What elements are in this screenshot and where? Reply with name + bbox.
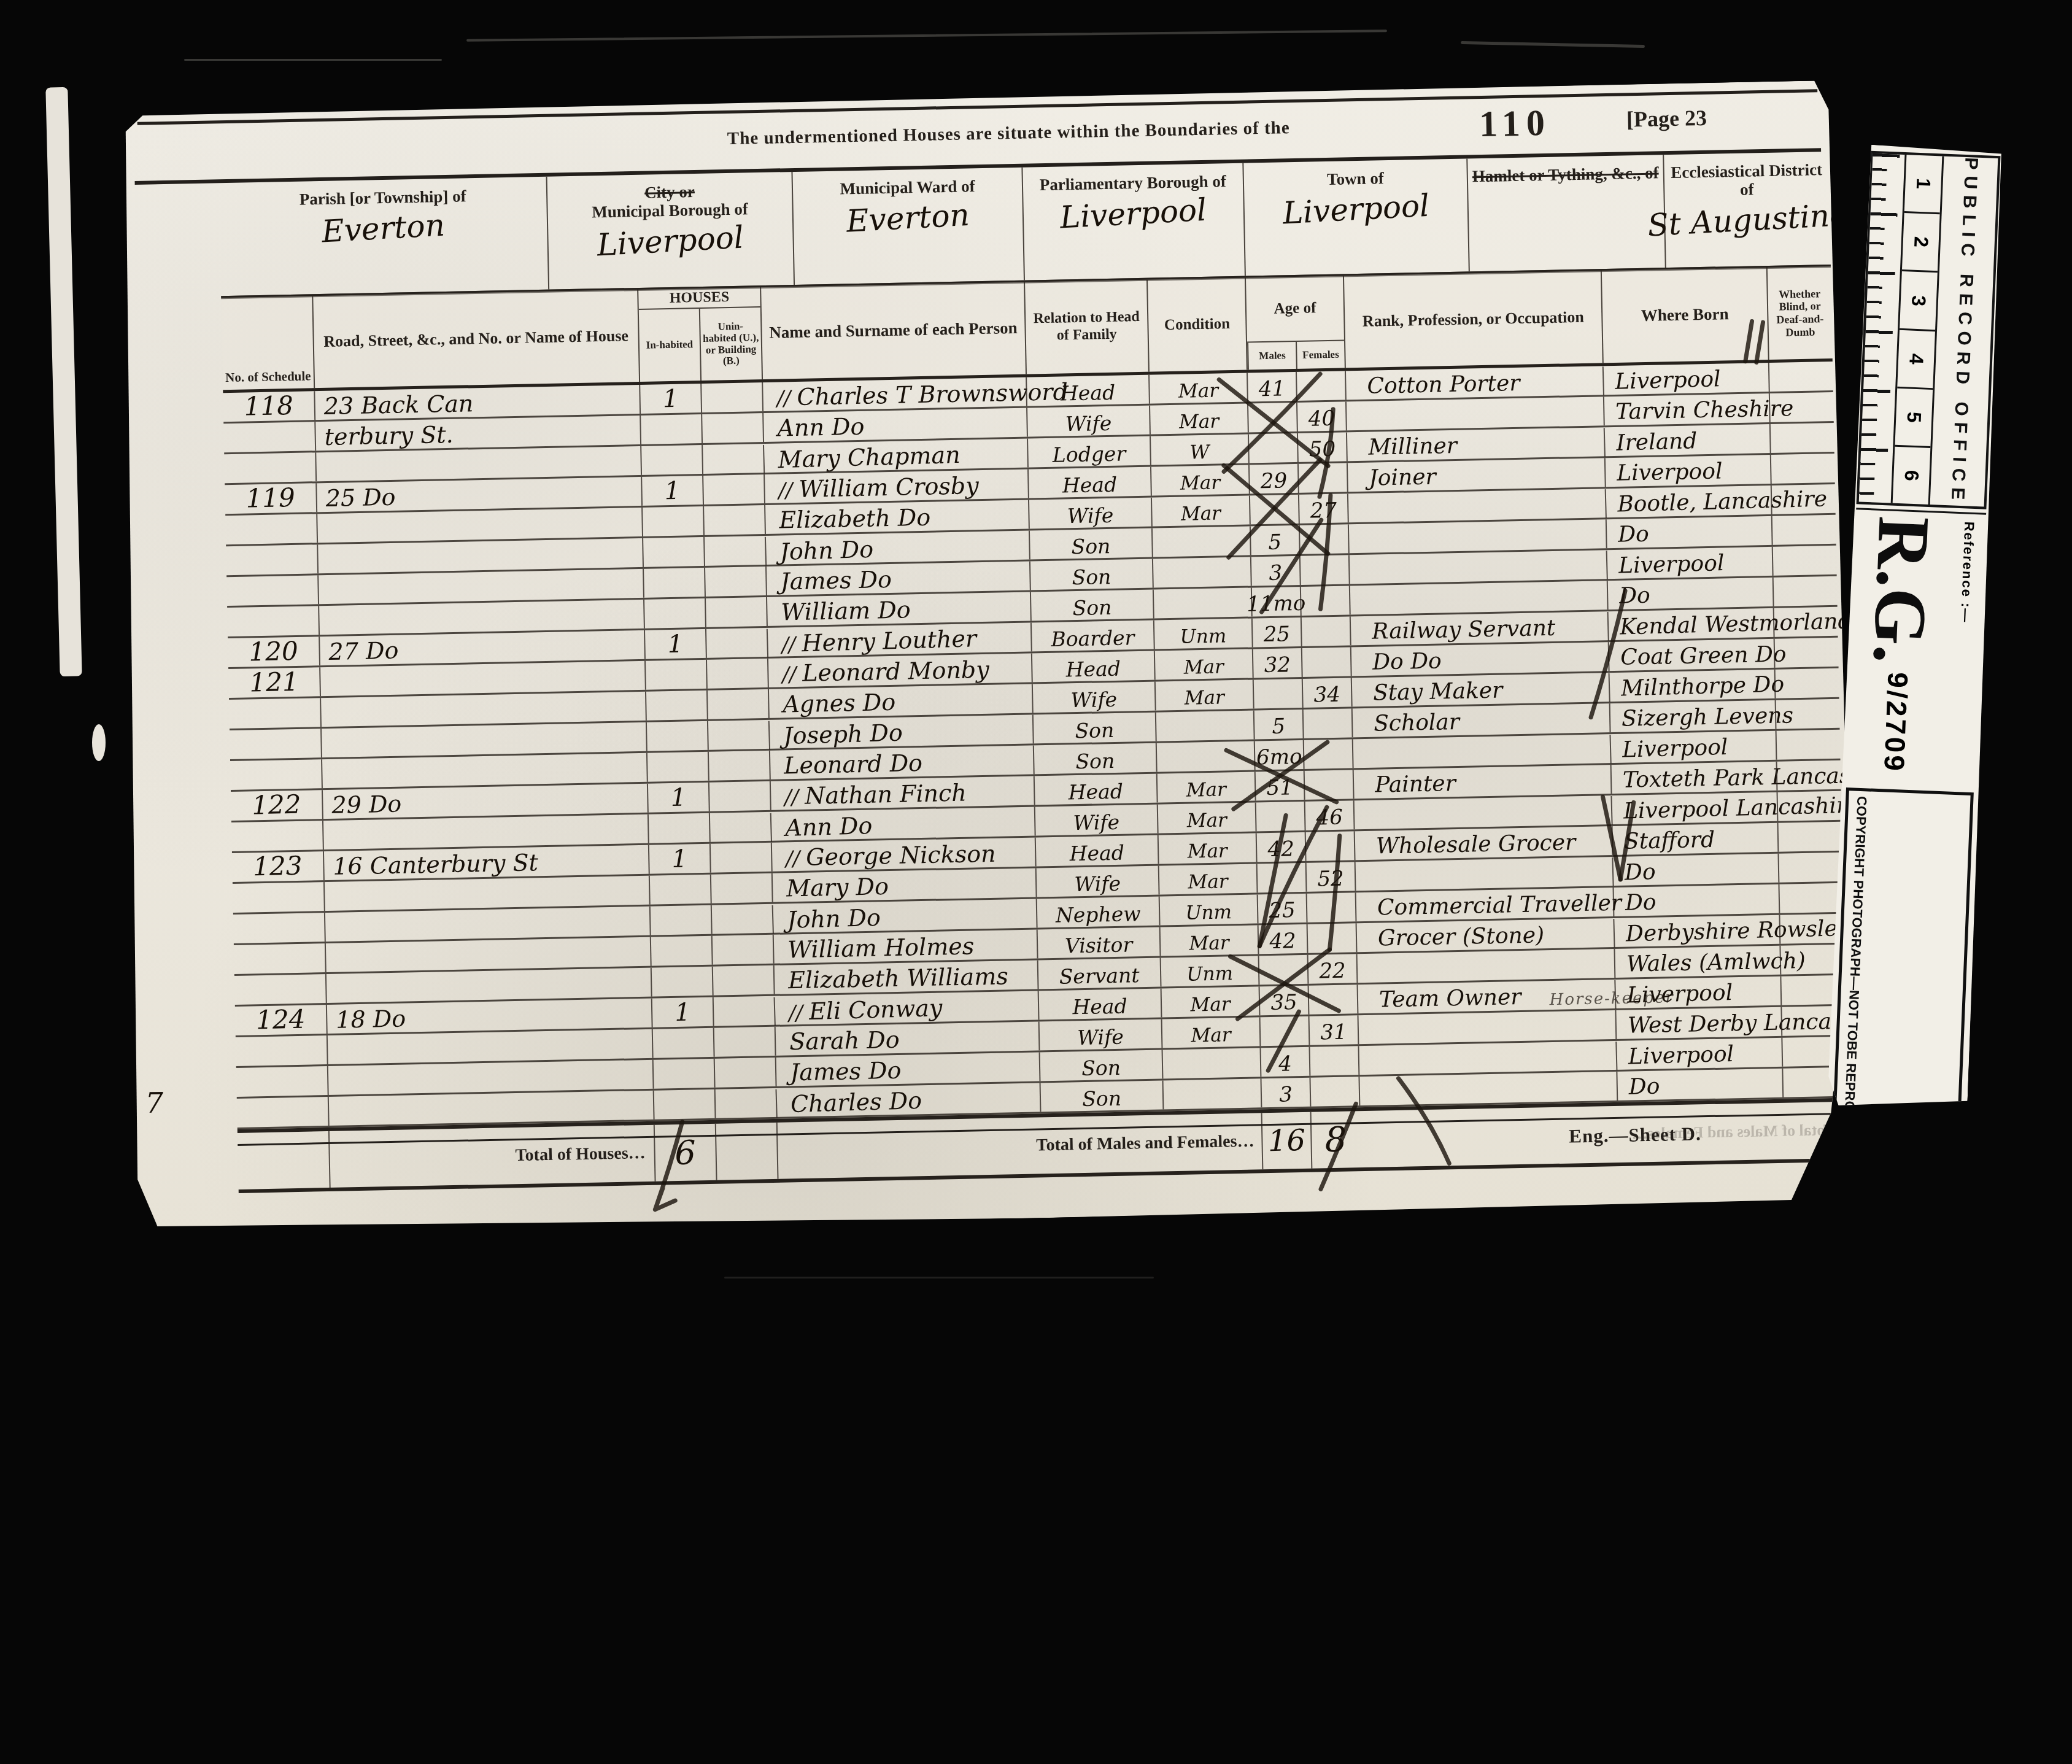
col-header-name: Name and Surname of each Person [760, 282, 1026, 379]
cell-ageF [1305, 831, 1355, 861]
cell-relation: Wife [1026, 406, 1150, 437]
cell-born: Liverpool [1606, 546, 1772, 579]
cell-ageM [1256, 863, 1306, 893]
copyright-line: BE REPRODUCED PHOTOGRAPHIC- [1832, 1040, 1958, 1282]
col-header-age-group: Age of Males Females [1245, 276, 1345, 369]
film-scratch [466, 29, 1387, 42]
ruled-line [137, 89, 1818, 125]
cell-ageM: 4 [1260, 1047, 1310, 1077]
cell-occupation [1348, 550, 1607, 584]
cell-street [322, 814, 648, 849]
cell-inh [651, 967, 713, 997]
cell-ageM: 41 [1247, 372, 1296, 402]
cell-born: Tarvin Cheshire [1603, 393, 1769, 425]
cell-name: Sarah Do [775, 1021, 1039, 1055]
district-value: Everton [321, 207, 446, 250]
cell-occupation [1357, 1010, 1615, 1044]
cell-occupation: Painter [1353, 765, 1611, 799]
cell-name: Ann Do [770, 806, 1035, 842]
cell-born: Liverpool [1602, 362, 1769, 395]
cell-blind [1776, 730, 1841, 760]
cell-ageM: 25 [1257, 894, 1307, 924]
district-box: Hamlet or Tything, &c., of [1466, 155, 1665, 271]
cell-occupation [1356, 949, 1615, 983]
cell-name: John Do [765, 530, 1029, 566]
cell-schedule [225, 514, 317, 544]
cell-condition [1162, 1048, 1261, 1078]
cell-blind [1777, 853, 1842, 883]
district-box: Municipal Ward ofEverton [791, 168, 1024, 285]
cell-name: ∕∕Nathan Finch [770, 776, 1034, 810]
cell-occupation: Do Do [1350, 642, 1609, 676]
cell-ageM: 3 [1250, 556, 1300, 586]
cell-name: William Holmes [773, 929, 1037, 963]
cell-ageF [1301, 647, 1351, 677]
cell-street [317, 569, 643, 604]
cell-uninh [709, 812, 771, 842]
district-value: Liverpool [1281, 188, 1430, 231]
cell-relation: Son [1029, 559, 1153, 590]
cell-occupation [1355, 857, 1613, 891]
scanned-census-page: { "page": { "statement": "The undermenti… [0, 0, 2072, 1316]
cell-occupation: Scholar [1351, 703, 1610, 737]
cell-relation: Son [1039, 1050, 1162, 1081]
cell-street [316, 508, 642, 543]
household-mark: ∕∕ [786, 848, 800, 869]
cell-ageF [1297, 463, 1347, 493]
cell-condition [1153, 588, 1251, 619]
household-mark: ∕∕ [782, 664, 797, 685]
cell-uninh [710, 873, 772, 903]
cell-occupation [1345, 397, 1604, 430]
cell-ageM [1255, 802, 1305, 832]
film-scratch [724, 1277, 1154, 1279]
census-sheet: The undermentioned Houses are situate wi… [115, 80, 1855, 1236]
district-value: Liverpool [597, 220, 745, 263]
cell-uninh [702, 444, 763, 474]
cell-uninh [704, 567, 766, 597]
cell-inh: 1 [647, 783, 709, 813]
cell-inh [652, 1059, 714, 1089]
cell-uninh [714, 1088, 776, 1118]
cell-schedule [227, 606, 319, 636]
cell-relation: Head [1035, 835, 1158, 867]
cell-blind [1774, 638, 1839, 668]
cell-uninh [705, 597, 767, 627]
cell-street [321, 753, 647, 788]
cell-schedule: 123 [232, 851, 323, 882]
cell-street [315, 446, 641, 481]
cell-blind [1776, 760, 1841, 791]
household-mark: ∕∕ [776, 388, 791, 409]
district-label: Town of [1327, 169, 1384, 188]
cell-inh [643, 568, 705, 598]
cell-ageM [1258, 955, 1308, 985]
cell-condition: Mar [1161, 1017, 1260, 1048]
cell-relation: Head [1026, 375, 1149, 406]
cell-uninh [711, 904, 773, 934]
cell-condition [1155, 710, 1254, 741]
cell-inh [650, 936, 712, 966]
cell-inh: 1 [651, 997, 713, 1027]
cell-street: 27 Do [319, 630, 644, 665]
household-mark: ∕∕ [778, 480, 793, 501]
cell-blind [1770, 454, 1835, 484]
cell-ageM [1259, 1016, 1309, 1046]
cell-ageM: 25 [1251, 617, 1301, 648]
cell-inh [652, 1028, 714, 1058]
cell-inh: 1 [644, 629, 706, 659]
boundary-statement: The undermentioned Houses are situate wi… [692, 117, 1324, 150]
cell-street: 16 Canterbury St [323, 845, 649, 880]
district-label: Parliamentary Borough of [1040, 172, 1227, 194]
cell-name: ∕∕George Nickson [771, 837, 1035, 871]
cell-inh [649, 905, 711, 935]
cell-relation: Son [1040, 1080, 1163, 1112]
cell-name: ∕∕Charles T Brownsword [762, 377, 1026, 411]
cell-name: Agnes Do [768, 684, 1032, 718]
cell-born: Liverpool [1614, 976, 1780, 1009]
cell-schedule [231, 821, 323, 851]
cell-inh: 1 [641, 476, 703, 506]
census-table: No. of Schedule Road, Street, &c., and N… [221, 265, 1848, 1193]
cell-relation: Wife [1038, 1019, 1162, 1051]
col-header-males: Males [1247, 342, 1296, 370]
cell-ageM: 5 [1253, 710, 1303, 740]
district-label: Hamlet or Tything, &c., of [1472, 163, 1659, 185]
page-number-label: [Page 23 [1626, 105, 1707, 133]
cell-schedule [229, 698, 320, 729]
cell-born: Liverpool [1604, 455, 1771, 487]
cell-born: Liverpool Lancashire [1610, 792, 1777, 825]
cell-occupation [1347, 489, 1606, 522]
cell-ageF: 31 [1309, 1015, 1358, 1045]
cell-born: Bootle, Lancashire [1605, 485, 1771, 518]
cell-uninh [700, 382, 762, 412]
cell-name: William Do [766, 592, 1030, 626]
cell-name: ∕∕Henry Louther [767, 622, 1031, 658]
cell-born: Do [1607, 578, 1773, 609]
cell-born: Sizergh Levens [1609, 700, 1776, 732]
cell-name: Joseph Do [768, 714, 1033, 750]
cell-inh [643, 598, 705, 629]
census-table-body: 11823 Back Can1∕∕Charles T BrownswordHea… [223, 362, 1847, 1129]
sheet-label: Eng.—Sheet D. [1569, 1123, 1701, 1147]
cell-schedule [236, 1035, 327, 1066]
col-header-born: Where Born [1601, 268, 1768, 363]
cell-ageF: 27 [1298, 493, 1348, 524]
copyright-line: COPYRIGHT PHOTOGRAPH—NOT TO [1841, 795, 1968, 1045]
cell-condition: Mar [1158, 864, 1257, 894]
public-record-office-strip: 123456 PUBLIC RECORD OFFICE R.G. 9/2709 … [1827, 144, 2006, 1110]
cell-condition: Mar [1149, 404, 1248, 435]
cell-relation: Wife [1034, 805, 1158, 836]
col-header-age: Age of [1246, 276, 1344, 341]
rg-stamp: R.G. [1861, 515, 1941, 665]
district-label: Ecclesiastical District of [1664, 160, 1829, 201]
cell-street: terbury St. [314, 416, 640, 451]
adjacent-page-edge [45, 87, 82, 677]
cell-schedule [226, 544, 317, 575]
cell-ageF [1303, 739, 1353, 769]
cell-ageF: 46 [1304, 800, 1354, 830]
film-scratch [184, 59, 442, 61]
cell-uninh [702, 474, 764, 505]
cell-ageM: 6mo [1254, 740, 1304, 770]
col-header-inhabited: In-habited [639, 309, 700, 382]
district-value: St Augustine [1647, 197, 1849, 244]
cell-uninh [714, 1058, 776, 1088]
cell-occupation: Wholesale Grocer [1354, 826, 1612, 860]
margin-pen-mark: 7 [145, 1086, 163, 1120]
cell-uninh [708, 781, 770, 811]
cell-condition [1156, 741, 1254, 772]
cell-ageF [1301, 616, 1350, 646]
cell-ageF [1309, 1046, 1358, 1076]
cell-relation: Son [1033, 743, 1156, 775]
cell-condition: Mar [1158, 833, 1256, 864]
col-header-relation: Relation to Head of Family [1024, 280, 1148, 374]
cell-condition: Mar [1157, 802, 1256, 833]
cell-uninh [707, 720, 769, 750]
cell-occupation: Team OwnerHorse-keeper [1357, 980, 1615, 1013]
cell-street [320, 722, 646, 757]
cell-occupation [1358, 1072, 1617, 1105]
cell-uninh [706, 689, 768, 719]
cell-uninh [709, 843, 771, 873]
cell-name: John Do [772, 898, 1037, 934]
district-label: City orMunicipal Borough of [592, 181, 749, 221]
cell-ageM: 42 [1258, 924, 1307, 954]
reference-label: Reference :— [1951, 522, 1977, 776]
cell-inh [640, 445, 702, 475]
cell-occupation: Joiner [1347, 458, 1605, 492]
cell-name: Elizabeth Williams [773, 960, 1038, 994]
cell-inh [642, 537, 704, 567]
cell-condition [1152, 557, 1251, 588]
cell-relation: Head [1031, 651, 1154, 683]
cell-schedule [230, 759, 322, 790]
cell-street [328, 1091, 654, 1126]
col-header-occupation: Rank, Profession, or Occupation [1343, 271, 1602, 368]
cell-schedule: 119 [225, 483, 316, 514]
cell-street [318, 600, 644, 635]
cell-inh [645, 691, 707, 721]
cell-born: Do [1612, 853, 1778, 886]
cell-schedule [233, 882, 324, 913]
cell-street [323, 876, 649, 911]
ruler-number: 5 [1895, 387, 1933, 446]
total-houses-value: 6 [654, 1124, 716, 1182]
cell-born: Stafford [1612, 823, 1778, 855]
ruler-number: 2 [1902, 211, 1940, 271]
cell-relation: Head [1034, 774, 1157, 805]
cell-inh [649, 875, 711, 905]
cell-born: Coat Green Do [1608, 639, 1774, 671]
cell-condition: Mar [1150, 465, 1249, 496]
cell-inh [646, 752, 708, 782]
cell-born: Toxteth Park Lancashire [1610, 762, 1777, 794]
cell-born: Ireland [1604, 424, 1770, 457]
cell-ageM: 32 [1252, 648, 1302, 678]
cell-name: Mary Chapman [763, 438, 1027, 474]
cell-ageF [1302, 708, 1352, 738]
cell-born: Liverpool [1609, 730, 1776, 764]
ruler-number: 6 [1893, 445, 1931, 505]
cell-born: Do [1616, 1069, 1782, 1101]
cell-ageF [1309, 1077, 1359, 1107]
cell-ageM [1247, 403, 1297, 433]
cell-relation: Visitor [1037, 927, 1160, 959]
cell-uninh [703, 505, 765, 535]
col-header-blind: Whether Blind, or Deaf-and-Dumb [1766, 266, 1833, 360]
cell-condition: Mar [1159, 925, 1258, 956]
cell-relation: Wife [1035, 866, 1159, 897]
cell-inh [644, 660, 706, 690]
cell-blind [1768, 362, 1833, 392]
cell-inh [653, 1089, 715, 1120]
cell-ageF [1308, 985, 1358, 1015]
col-header-houses-group: HOUSES In-habited Unin-habited (U.), or … [637, 287, 762, 382]
cell-street: 25 Do [315, 477, 641, 512]
cell-relation: Head [1027, 467, 1151, 498]
cell-schedule: 124 [235, 1005, 327, 1035]
cell-ageF: 34 [1302, 678, 1351, 708]
film-scratch [1461, 41, 1645, 48]
district-value: Liverpool [1059, 192, 1208, 236]
ruler-number: 1 [1904, 155, 1942, 212]
cell-ageM: 5 [1250, 525, 1299, 555]
pro-ruler-card: 123456 PUBLIC RECORD OFFICE [1857, 151, 2001, 509]
cell-schedule [233, 913, 325, 943]
cell-condition: Mar [1161, 986, 1259, 1017]
cell-occupation: Commercial Traveller [1355, 888, 1614, 921]
total-houses-label: Total of Houses… [328, 1125, 655, 1188]
cell-ageF [1296, 371, 1345, 401]
cell-born: Liverpool [1615, 1037, 1782, 1070]
cell-occupation [1349, 581, 1607, 614]
cell-ageM [1248, 433, 1297, 463]
cell-condition: Mar [1156, 772, 1255, 802]
cell-ageF [1306, 892, 1356, 923]
cell-condition: Unm [1160, 956, 1259, 986]
piece-number: 9/2709 [1877, 671, 1915, 774]
cell-born: Wales (Amlwch) [1614, 946, 1780, 978]
cell-blind [1778, 883, 1843, 913]
cell-occupation [1352, 734, 1610, 768]
cell-uninh [712, 965, 774, 996]
cell-condition: Mar [1154, 649, 1253, 679]
pro-reference-section: R.G. 9/2709 Reference :— [1846, 508, 1986, 777]
folio-number: 110 [1479, 102, 1551, 145]
cell-schedule: 118 [223, 391, 314, 422]
cell-uninh [713, 1027, 775, 1057]
cell-ageM: 11mo [1251, 587, 1301, 617]
cell-ageF [1307, 923, 1356, 953]
cell-born: Milnthorpe Do [1609, 669, 1775, 702]
cell-schedule [234, 974, 326, 1005]
cell-relation: Son [1030, 590, 1153, 621]
cell-relation: Nephew [1036, 897, 1159, 928]
cell-ageF: 22 [1307, 954, 1357, 984]
cell-ageF: 50 [1297, 432, 1347, 462]
district-box: Town ofLiverpool [1242, 159, 1469, 276]
cell-relation: Wife [1032, 682, 1155, 713]
copyright-line: ALLY WITHOUT PERMISSION OF THE [1822, 1277, 1949, 1316]
cell-name: Ann Do [762, 408, 1027, 442]
cell-occupation: Stay Maker [1351, 673, 1609, 706]
district-box: Parliamentary Borough ofLiverpool [1021, 163, 1245, 280]
cell-street [327, 1060, 653, 1095]
cell-blind [1769, 423, 1834, 453]
cell-blind [1769, 392, 1834, 422]
cell-inh [641, 506, 703, 536]
cell-inh [647, 813, 709, 843]
cell-ageF: 52 [1305, 862, 1355, 892]
cell-name: Leonard Do [769, 746, 1034, 779]
cell-condition: Mar [1148, 373, 1247, 404]
household-mark: ∕∕ [789, 1002, 803, 1024]
cell-uninh [708, 751, 770, 781]
district-box: City orMunicipal Borough ofLiverpool [546, 172, 794, 290]
cell-schedule [226, 575, 318, 606]
cell-born: West Derby Lancaster [1615, 1007, 1781, 1039]
cell-inh [640, 414, 702, 444]
cell-schedule [230, 729, 321, 759]
cell-condition: Mar [1151, 496, 1250, 527]
cell-ageM: 42 [1256, 832, 1305, 862]
district-value: Everton [846, 197, 970, 239]
cell-schedule [234, 943, 325, 974]
cell-name: James Do [775, 1052, 1040, 1086]
cell-ageM: 3 [1260, 1078, 1310, 1108]
cell-ageM: 35 [1259, 986, 1309, 1016]
total-females-value: 8 [1310, 1111, 1361, 1169]
cell-ageF [1299, 524, 1348, 554]
household-mark: ∕∕ [784, 787, 799, 808]
district-box: Ecclesiastical District ofSt Augustine [1663, 152, 1831, 268]
cell-occupation [1348, 519, 1606, 553]
paper-speck [92, 724, 106, 761]
cell-occupation: Grocer (Stone) [1356, 918, 1614, 952]
cell-occupation: Cotton Porter [1345, 366, 1603, 400]
cell-uninh [713, 996, 775, 1026]
totals-blank [715, 1123, 778, 1180]
cell-occupation [1358, 1041, 1616, 1075]
total-males-value: 16 [1261, 1112, 1312, 1170]
household-mark: ∕∕ [781, 634, 796, 656]
cell-relation: Lodger [1027, 436, 1150, 468]
district-box: Parish [or Township] ofEverton [219, 177, 548, 296]
cell-uninh [706, 659, 768, 689]
cell-condition: Unm [1159, 894, 1258, 925]
cell-condition: Mar [1154, 679, 1253, 710]
cell-blind [1777, 822, 1842, 852]
cell-condition [1162, 1078, 1261, 1109]
cell-street [325, 937, 651, 972]
cell-condition: Unm [1153, 619, 1252, 649]
cell-ageF [1299, 555, 1349, 585]
cell-ageF: 40 [1296, 401, 1346, 431]
cell-relation: Wife [1028, 498, 1151, 529]
cell-ageM [1249, 495, 1299, 525]
cell-schedule: 120 [228, 636, 319, 667]
cell-relation: Son [1029, 528, 1152, 560]
cell-street [317, 538, 643, 573]
cell-name: ∕∕Eli Conway [774, 990, 1038, 1026]
ruler-number: 3 [1900, 269, 1938, 329]
cell-relation: Son [1032, 713, 1156, 744]
